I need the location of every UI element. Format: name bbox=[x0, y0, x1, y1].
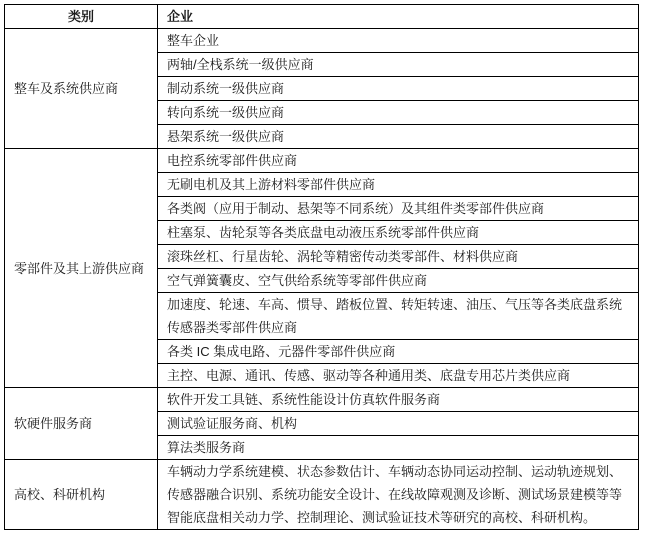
company-cell: 车辆动力学系统建模、状态参数估计、车辆动态协同运动控制、运动轨迹规划、传感器融合… bbox=[158, 460, 639, 530]
table-row: 整车及系统供应商 整车企业 bbox=[5, 29, 639, 53]
company-cell: 滚珠丝杠、行星齿轮、涡轮等精密传动类零部件、材料供应商 bbox=[158, 245, 639, 269]
category-cell-vehicle-and-system-suppliers: 整车及系统供应商 bbox=[5, 29, 158, 149]
company-cell: 测试验证服务商、机构 bbox=[158, 412, 639, 436]
company-cell: 无刷电机及其上游材料零部件供应商 bbox=[158, 173, 639, 197]
category-cell-parts-and-upstream-suppliers: 零部件及其上游供应商 bbox=[5, 149, 158, 388]
suppliers-table: 类别 企业 整车及系统供应商 整车企业 两轴/全栈系统一级供应商 制动系统一级供… bbox=[4, 4, 639, 530]
company-cell: 各类阀（应用于制动、悬架等不同系统）及其组件类零部件供应商 bbox=[158, 197, 639, 221]
company-cell: 电控系统零部件供应商 bbox=[158, 149, 639, 173]
page: 类别 企业 整车及系统供应商 整车企业 两轴/全栈系统一级供应商 制动系统一级供… bbox=[0, 0, 645, 530]
header-category: 类别 bbox=[5, 5, 158, 29]
company-cell: 空气弹簧囊皮、空气供给系统等零部件供应商 bbox=[158, 269, 639, 293]
company-cell: 转向系统一级供应商 bbox=[158, 101, 639, 125]
company-cell: 各类 IC 集成电路、元器件零部件供应商 bbox=[158, 340, 639, 364]
company-cell: 算法类服务商 bbox=[158, 436, 639, 460]
company-cell: 软件开发工具链、系统性能设计仿真软件服务商 bbox=[158, 388, 639, 412]
company-cell: 主控、电源、通讯、传感、驱动等各种通用类、底盘专用芯片类供应商 bbox=[158, 364, 639, 388]
company-cell: 柱塞泵、齿轮泵等各类底盘电动液压系统零部件供应商 bbox=[158, 221, 639, 245]
category-cell-software-hardware-service-providers: 软硬件服务商 bbox=[5, 388, 158, 460]
table-row: 零部件及其上游供应商 电控系统零部件供应商 bbox=[5, 149, 639, 173]
table-row: 软硬件服务商 软件开发工具链、系统性能设计仿真软件服务商 bbox=[5, 388, 639, 412]
table-header-row: 类别 企业 bbox=[5, 5, 639, 29]
company-cell: 两轴/全栈系统一级供应商 bbox=[158, 53, 639, 77]
company-cell: 整车企业 bbox=[158, 29, 639, 53]
header-company: 企业 bbox=[158, 5, 639, 29]
company-cell: 制动系统一级供应商 bbox=[158, 77, 639, 101]
table-row: 高校、科研机构 车辆动力学系统建模、状态参数估计、车辆动态协同运动控制、运动轨迹… bbox=[5, 460, 639, 530]
company-cell: 加速度、轮速、车高、惯导、踏板位置、转矩转速、油压、气压等各类底盘系统传感器类零… bbox=[158, 293, 639, 340]
category-cell-universities-research-institutions: 高校、科研机构 bbox=[5, 460, 158, 530]
company-cell: 悬架系统一级供应商 bbox=[158, 125, 639, 149]
